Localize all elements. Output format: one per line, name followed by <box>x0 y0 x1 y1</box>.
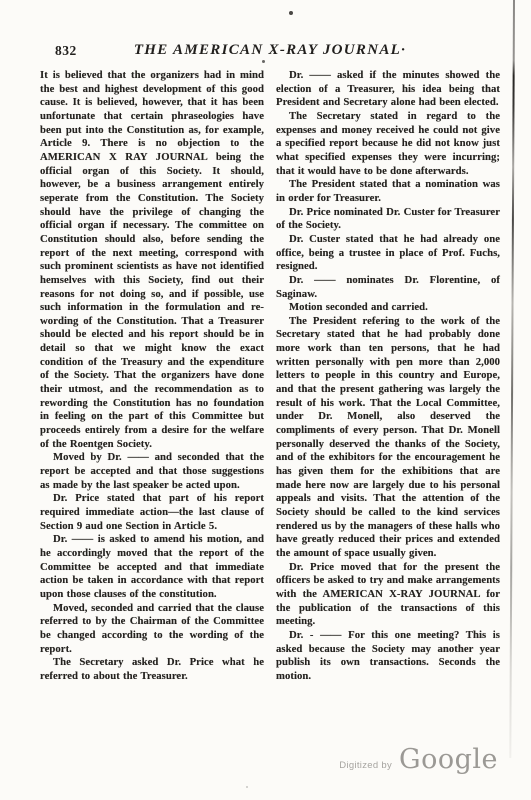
paragraph: Moved by Dr. —— and seconded that the re… <box>40 451 264 492</box>
ink-speck <box>289 11 293 15</box>
right-column: Dr. —— asked if the minutes showed the e… <box>276 69 500 684</box>
paragraph: The President stated that a nomination w… <box>276 178 500 205</box>
scanned-journal-page: 832 THE AMERICAN X-RAY JOURNAL· It is be… <box>0 0 531 800</box>
page-header: 832 THE AMERICAN X-RAY JOURNAL· <box>0 42 531 64</box>
left-column: It is believed that the organizers had i… <box>40 69 264 684</box>
journal-title: THE AMERICAN X-RAY JOURNAL· <box>40 42 500 59</box>
paragraph: Dr. Custer stated that he had already on… <box>276 233 500 274</box>
paragraph: Moved, seconded and carried that the cla… <box>40 602 264 657</box>
paragraph: The Secretary asked Dr. Price what he re… <box>40 656 264 683</box>
scan-edge-artifact <box>509 0 514 758</box>
ink-speck <box>246 786 248 788</box>
paragraph: Dr. Price stated that part of his report… <box>40 492 264 533</box>
text-body: It is believed that the organizers had i… <box>40 69 501 684</box>
paragraph: Dr. Price nominated Dr. Custer for Treas… <box>276 206 500 233</box>
paragraph: Dr. - —— For this one meeting? This is a… <box>276 629 500 684</box>
google-logo: Google <box>399 744 498 775</box>
paragraph: The Secretary stated in regard to the ex… <box>276 110 500 178</box>
paragraph: Dr. —— is asked to amend his motion, and… <box>40 533 264 601</box>
paragraph: The President refering to the work of th… <box>276 315 500 561</box>
paragraph: Dr. —— asked if the minutes showed the e… <box>276 69 500 110</box>
paragraph: Dr. Price moved that for the present the… <box>276 561 500 629</box>
paragraph: It is believed that the organizers had i… <box>40 69 264 451</box>
paragraph: Dr. —— nominates Dr. Florentine, of Sagi… <box>276 274 500 301</box>
digitized-by-google-watermark: Digitized by Google <box>339 744 498 775</box>
ink-speck <box>262 60 265 63</box>
watermark-prefix: Digitized by <box>339 760 392 771</box>
paragraph: Motion seconded and carried. <box>276 301 500 315</box>
